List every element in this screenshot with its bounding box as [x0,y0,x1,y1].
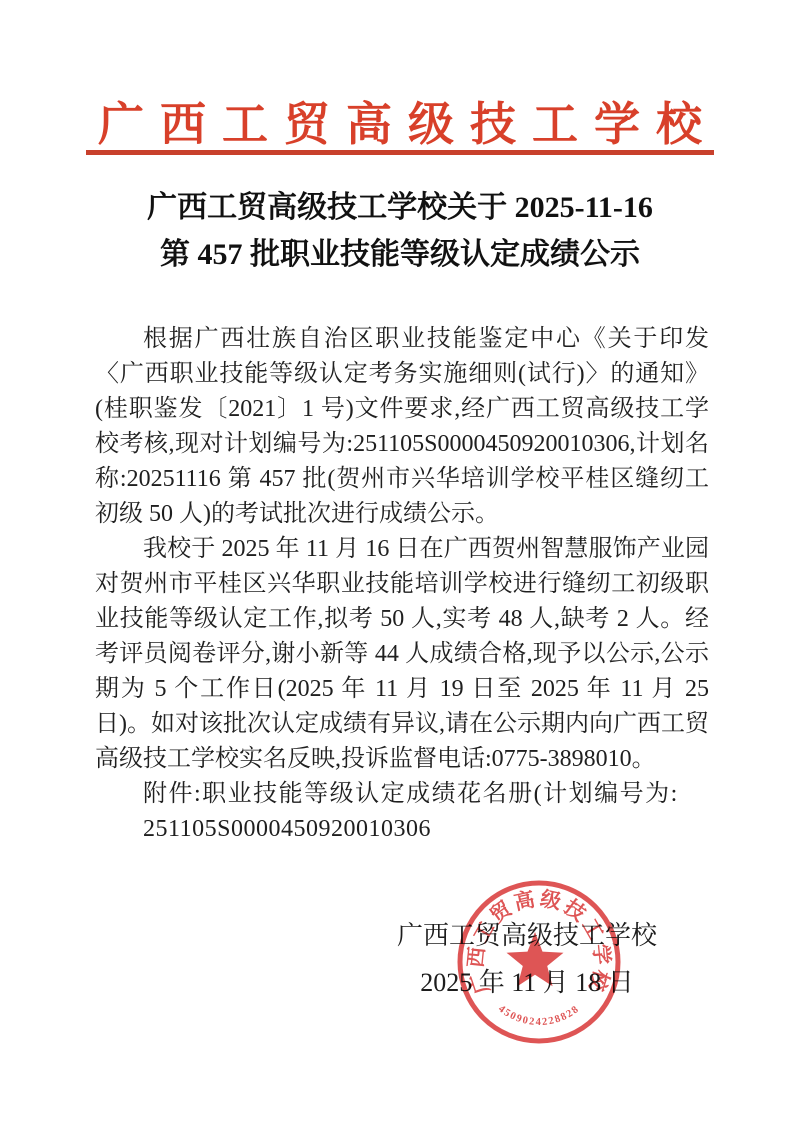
paragraph-results: 我校于 2025 年 11 月 16 日在广西贺州智慧服饰产业园对贺州市平桂区兴… [95,532,709,777]
document-title-line2: 第 457 批职业技能等级认定成绩公示 [0,231,800,278]
letterhead-divider [86,150,714,155]
seal-code-text: 4509024228828 [496,1004,582,1028]
official-seal: 广西工贸高级技工学校 4509024228828 [453,876,625,1048]
star-icon [507,932,564,986]
document-body: 根据广西壮族自治区职业技能鉴定中心《关于印发〈广西职业技能等级认定考务实施细则(… [95,322,709,847]
attachment-label: 附件:职业技能等级认定成绩花名册(计划编号为: [95,777,709,812]
paragraph-basis: 根据广西壮族自治区职业技能鉴定中心《关于印发〈广西职业技能等级认定考务实施细则(… [95,322,709,532]
letterhead-title: 广西工贸高级技工学校 [0,88,800,154]
document-title-line1: 广西工贸高级技工学校关于 2025-11-16 [0,184,800,231]
document-title: 广西工贸高级技工学校关于 2025-11-16 第 457 批职业技能等级认定成… [0,184,800,278]
attachment-plan-number: 251105S0000450920010306 [95,812,709,847]
document-page: 广西工贸高级技工学校 广西工贸高级技工学校关于 2025-11-16 第 457… [0,0,800,1132]
